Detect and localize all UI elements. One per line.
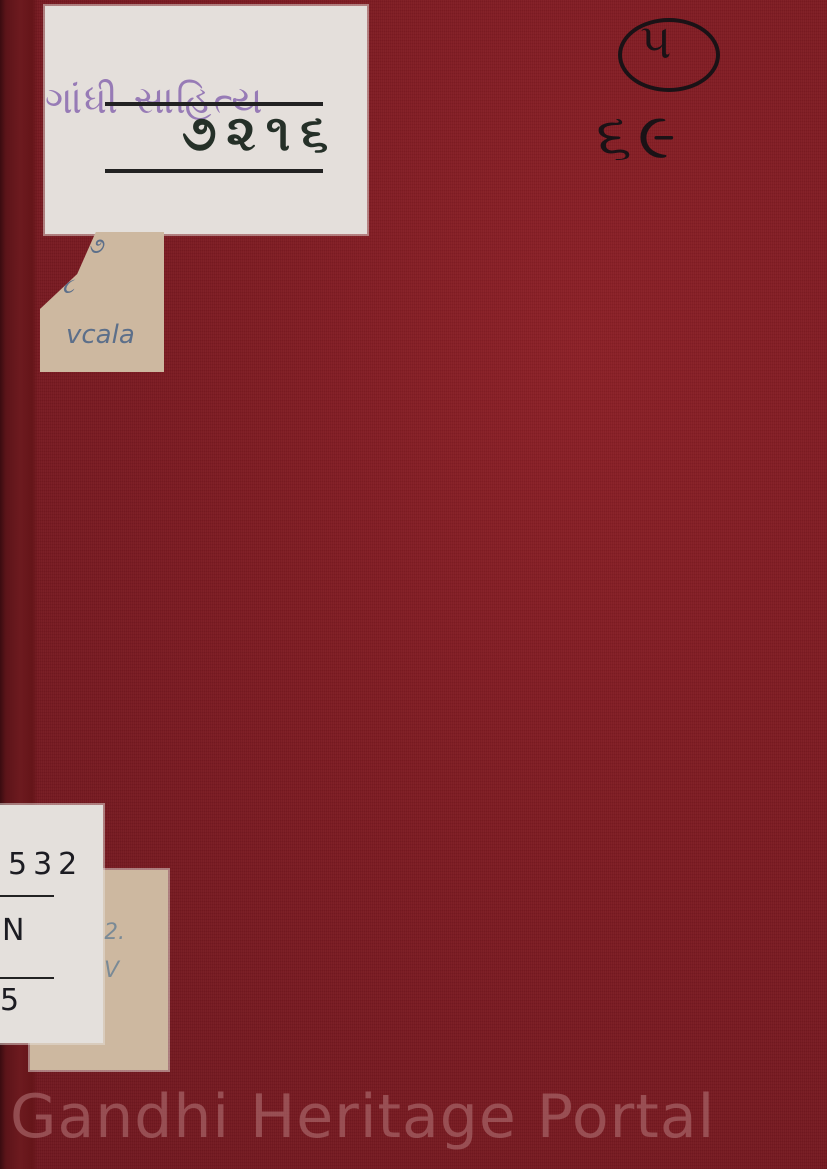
back-label-line1: 2.	[104, 920, 125, 945]
call-number-line2: N	[2, 913, 24, 948]
handwritten-number: ૬૯	[596, 100, 682, 174]
back-label-line2: V	[104, 958, 119, 983]
call-rule-1	[0, 895, 54, 897]
library-label-top: ગાંધી સાહિત્ય ૭૨૧૬	[45, 6, 367, 234]
circled-number: ૫	[640, 14, 672, 71]
label-rule-bottom	[105, 169, 323, 173]
torn-label-line1: ૭	[88, 234, 103, 259]
accession-number: ૭૨૧૬	[153, 104, 367, 163]
torn-label-line2: ૮	[62, 274, 74, 299]
library-label-bottom: 532 N 5	[0, 805, 103, 1043]
torn-label-line3: vcala	[66, 320, 135, 350]
call-number-line3: 5	[0, 983, 19, 1018]
call-number-line1: 532	[8, 847, 83, 882]
call-rule-2	[0, 977, 54, 979]
book-cover: ગાંધી સાહિત્ય ૭૨૧૬ ૭ ૮ vcala ૫ ૬૯ 2. V 5…	[0, 0, 827, 1169]
torn-label-top: ૭ ૮ vcala	[40, 232, 164, 372]
watermark: Gandhi Heritage Portal	[10, 1082, 820, 1152]
